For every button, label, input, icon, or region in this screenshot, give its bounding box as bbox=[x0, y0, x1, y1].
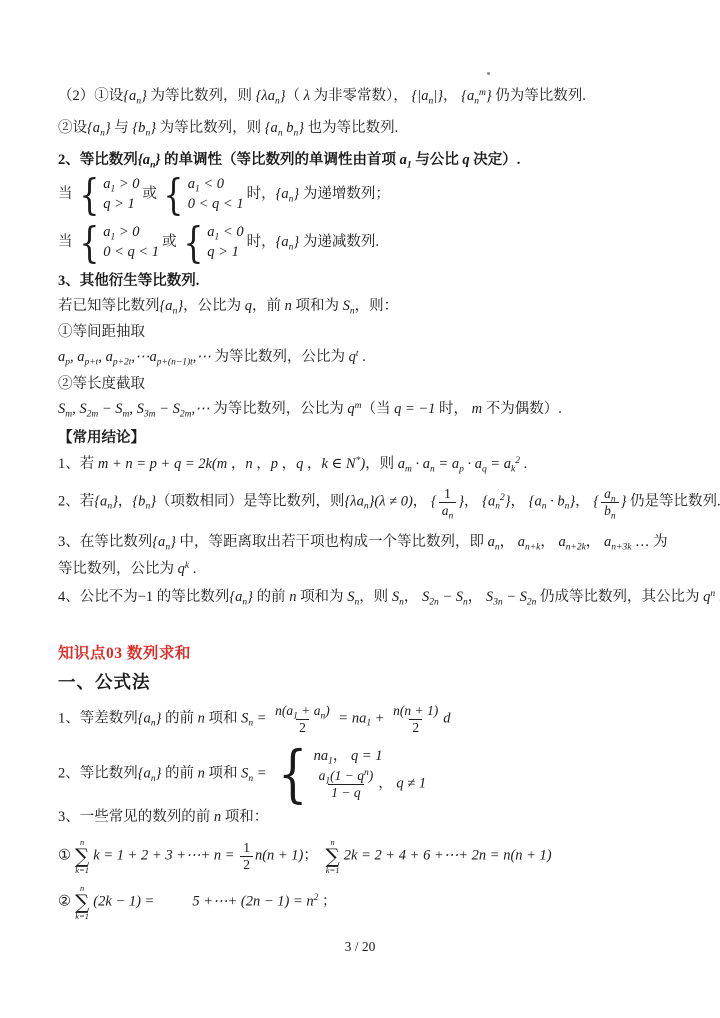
math-run: {a bbox=[160, 298, 173, 314]
math-run: , S bbox=[72, 401, 87, 417]
text-run: ， bbox=[500, 534, 518, 550]
left-brace-icon: { bbox=[79, 178, 99, 212]
math-run: ,⋯ bbox=[191, 401, 209, 417]
denominator: 2 bbox=[240, 856, 253, 873]
math-run: k ∈ N bbox=[321, 456, 355, 472]
math-run: n(a bbox=[275, 703, 293, 718]
cases-rows: a1 > 00 < q < 1 bbox=[103, 224, 159, 262]
math-run: a bbox=[518, 534, 525, 550]
math-run: {a bbox=[276, 186, 289, 202]
formula-equal-length: Sm, S2m − Sm, S3m − S2m,⋯ 为等比数列，公比为 qm（当… bbox=[58, 400, 706, 420]
subscript: n bbox=[495, 502, 500, 512]
cases-rows: a1 < 00 < q < 1 bbox=[188, 176, 244, 214]
text-run: 1 bbox=[444, 486, 451, 501]
text-run: 为递增数列； bbox=[299, 186, 390, 202]
math-run: + bbox=[371, 710, 388, 726]
text-run: 2 bbox=[299, 720, 306, 735]
math-run: {a bbox=[138, 152, 150, 168]
subscript: 2n bbox=[429, 597, 439, 607]
math-run: 0 < q < 1 bbox=[188, 196, 244, 212]
text-run: ，公比为 bbox=[183, 298, 245, 314]
text-run: 等比数列，公比为 bbox=[58, 561, 178, 577]
heading-derived-sequences: 3、其他衍生等比数列. bbox=[58, 272, 706, 292]
para-2-property-1: （2）①设{an} 为等比数列，则 {λan}（ λ 为非零常数）， {|an|… bbox=[58, 87, 706, 107]
text-run: 或 bbox=[162, 234, 177, 250]
math-run: < 0 bbox=[200, 176, 224, 192]
subscript: n+2k bbox=[566, 542, 586, 552]
cases-block: {a1 < 00 < q < 1 bbox=[160, 176, 244, 214]
label-equal-length: ②等长度截取 bbox=[58, 375, 706, 395]
text-run: 2、等比数列 bbox=[58, 766, 138, 782]
text-run: ① bbox=[58, 847, 71, 863]
text-run: ①等间距抽取 bbox=[58, 324, 145, 340]
summation: n∑k=1 bbox=[75, 838, 89, 874]
subscript: 2m bbox=[180, 409, 192, 419]
text-run: 仍是等比数列. bbox=[626, 493, 720, 509]
math-run: = a bbox=[487, 456, 511, 472]
text-run: ， bbox=[303, 456, 321, 472]
math-run: {a bbox=[276, 234, 289, 250]
document-page: 3 / 20 （2）①设{an} 为等比数列，则 {λan}（ λ 为非零常数）… bbox=[0, 0, 720, 1018]
text-run: ； bbox=[318, 893, 336, 909]
math-run: q bbox=[349, 349, 356, 365]
text-run: 2 bbox=[243, 857, 250, 872]
subscript: n bbox=[448, 511, 453, 521]
text-run: ， bbox=[378, 776, 396, 792]
text-run: ， bbox=[586, 534, 604, 550]
text-run: . bbox=[359, 349, 366, 365]
text-run: 时， bbox=[435, 401, 471, 417]
conclusion-3-line2: 等比数列，公比为 qk . bbox=[58, 560, 706, 580]
math-run: · a bbox=[464, 456, 482, 472]
text-run: 与公比 bbox=[412, 152, 463, 168]
print-speck-artifact bbox=[487, 72, 490, 75]
subscript: 3m bbox=[144, 409, 156, 419]
math-run: ,⋯ bbox=[193, 349, 211, 365]
math-run: a bbox=[207, 224, 214, 240]
math-run: {b bbox=[132, 493, 145, 509]
numerator: a1(1 − qn) bbox=[316, 768, 377, 784]
numerator: n(n + 1) bbox=[390, 703, 441, 719]
math-run: 5 +⋯+ (2n − 1) = n bbox=[192, 893, 313, 909]
math-run: a bbox=[400, 152, 407, 168]
math-run: {a bbox=[265, 120, 278, 136]
formula-arithmetic-sum: 1、等差数列{an} 的前 n 项和 Sn = n(a1 + an)2 = na… bbox=[58, 703, 706, 735]
text-run: ， bbox=[333, 748, 351, 764]
math-run: a bbox=[604, 486, 611, 501]
math-run: n bbox=[198, 710, 205, 726]
text-run: ， bbox=[511, 493, 529, 509]
text-run: （项数相同）是等比数列，则 bbox=[156, 493, 345, 509]
text-run: ， bbox=[253, 456, 271, 472]
conclusion-1: 1、若 m + n = p + q = 2k(m ，n ，p ，q ，k ∈ N… bbox=[58, 455, 706, 475]
fraction: 1an bbox=[439, 486, 457, 518]
math-run: q > 1 bbox=[103, 196, 135, 212]
math-run: {a bbox=[87, 120, 100, 136]
text-run: 3、在等比数列 bbox=[58, 534, 152, 550]
math-run: = a bbox=[435, 456, 459, 472]
math-run: < 0 bbox=[219, 224, 243, 240]
conclusion-2: 2、若{an}，{bn}（项数相同）是等比数列，则{λan}(λ ≠ 0)， {… bbox=[58, 486, 706, 518]
math-run: {λa bbox=[345, 493, 364, 509]
subscript: n bbox=[611, 511, 616, 521]
math-run: m + n = p + q = 2k(m bbox=[98, 456, 227, 472]
subscript: n+k bbox=[525, 542, 540, 552]
fraction: 12 bbox=[240, 840, 253, 872]
math-run: b bbox=[283, 120, 294, 136]
text-run: ， bbox=[118, 493, 133, 509]
fraction: n(a1 + an)2 bbox=[272, 703, 333, 735]
cases-rows: na1， q = 1a1(1 − qn)1 − q， q ≠ 1 bbox=[314, 748, 426, 800]
case-increasing: 当{a1 > 0q > 1或{a1 < 00 < q < 1时，{an} 为递增… bbox=[58, 176, 706, 214]
text-run: 与 bbox=[111, 120, 133, 136]
math-run: {a bbox=[529, 493, 542, 509]
math-run: a bbox=[188, 176, 195, 192]
subscript: p+t bbox=[85, 357, 99, 367]
denominator: 1 − q bbox=[328, 784, 363, 801]
subscript: 2n bbox=[527, 597, 537, 607]
text-run: 3、其他衍生等比数列. bbox=[58, 273, 199, 289]
text-run: ， bbox=[464, 493, 482, 509]
cases-row: q > 1 bbox=[207, 244, 243, 261]
subscript: n+3k bbox=[611, 542, 631, 552]
math-run: · b bbox=[546, 493, 564, 509]
sum-lower-limit: k=1 bbox=[326, 866, 340, 875]
math-run: n bbox=[245, 456, 252, 472]
math-run: { bbox=[593, 493, 599, 509]
math-run: n(n + 1) bbox=[393, 703, 438, 718]
math-run: a bbox=[398, 456, 405, 472]
text-run: ， bbox=[413, 493, 431, 509]
math-run: {a bbox=[138, 710, 151, 726]
numerator: 1 bbox=[441, 486, 454, 502]
math-run: q bbox=[245, 298, 252, 314]
denominator: bn bbox=[601, 502, 619, 519]
text-run: 或 bbox=[143, 186, 158, 202]
math-run: {a bbox=[461, 88, 474, 104]
text-run: 仍成等比数列，其公比为 bbox=[536, 589, 703, 605]
formula-sum-k: ①n∑k=1k = 1 + 2 + 3 +⋯+ n = 12n(n + 1)； … bbox=[58, 838, 706, 874]
summation: n∑k=1 bbox=[75, 884, 89, 920]
math-run: n bbox=[198, 766, 205, 782]
subscript: p+(n−1)t bbox=[157, 357, 193, 367]
text-run: 若已知等比数列 bbox=[58, 298, 160, 314]
math-run: m bbox=[472, 401, 482, 417]
text-run: 知识点03 数列求和 bbox=[58, 645, 191, 662]
cases-row: na1， q = 1 bbox=[314, 748, 426, 765]
para-common-sums: 3、一些常见的数列的前 n 项和： bbox=[58, 808, 706, 828]
math-run: q bbox=[347, 401, 354, 417]
formula-sum-odd: ②n∑k=1(2k − 1) =5 +⋯+ (2n − 1) = n2 ； bbox=[58, 884, 706, 920]
superscript: m bbox=[479, 88, 486, 98]
math-run: > 0 bbox=[115, 176, 139, 192]
sum-lower-limit: k=1 bbox=[75, 866, 89, 875]
math-run: = bbox=[253, 710, 270, 726]
math-run: {λa bbox=[256, 88, 275, 104]
text-run: 的单调性（等比数列的单调性由首项 bbox=[160, 152, 399, 168]
math-run: {b bbox=[132, 120, 145, 136]
math-run: na bbox=[314, 748, 329, 764]
text-run: 项和： bbox=[221, 809, 268, 825]
math-run: = na bbox=[335, 710, 367, 726]
math-run: k = 1 + 2 + 3 +⋯+ n = bbox=[93, 847, 238, 863]
math-run: , a bbox=[70, 349, 85, 365]
text-run: ， bbox=[278, 456, 296, 472]
text-run: 也为等比数列. bbox=[304, 120, 398, 136]
fraction: a1(1 − qn)1 − q bbox=[316, 768, 377, 800]
left-brace-icon: { bbox=[183, 226, 203, 260]
summation: n∑k=1 bbox=[326, 838, 340, 874]
text-run: ② bbox=[58, 893, 71, 909]
cases-block: {na1， q = 1a1(1 − qn)1 − q， q ≠ 1 bbox=[273, 748, 426, 800]
math-run: (2k − 1) = bbox=[93, 893, 154, 909]
text-run: 1、若 bbox=[58, 456, 98, 472]
subscript: m bbox=[405, 464, 412, 474]
text-run: 不为偶数）. bbox=[482, 401, 562, 417]
text-run: （当 bbox=[361, 401, 394, 417]
text-run: 为递减数列. bbox=[299, 234, 379, 250]
text-run: 当 bbox=[58, 186, 73, 202]
sigma-icon: ∑ bbox=[75, 893, 89, 912]
heading-knowledge-point-03: 知识点03 数列求和 bbox=[58, 644, 706, 665]
page-number: 3 / 20 bbox=[0, 939, 720, 955]
text-run: 一、公式法 bbox=[58, 672, 151, 692]
math-run: {a bbox=[138, 766, 151, 782]
subscript: 3n bbox=[493, 597, 503, 607]
math-run: {a bbox=[152, 534, 165, 550]
math-run: n bbox=[285, 298, 292, 314]
fraction: anbn bbox=[601, 486, 619, 518]
math-run: + a bbox=[298, 703, 321, 718]
math-run: ,⋯a bbox=[131, 349, 156, 365]
text-run: 为等比数列，公比为 bbox=[211, 349, 349, 365]
math-run: 2k = 2 + 4 + 6 +⋯+ 2n = n(n + 1) bbox=[344, 847, 552, 863]
math-run: ) bbox=[369, 768, 374, 783]
text-run: 决定）. bbox=[470, 152, 521, 168]
math-run: n(n + 1) bbox=[255, 847, 303, 863]
math-run: 0 < q < 1 bbox=[103, 244, 159, 260]
text-run: 为非零常数）， bbox=[310, 88, 412, 104]
text-run: ； bbox=[303, 847, 321, 863]
math-run: { bbox=[431, 493, 437, 509]
math-run: S bbox=[343, 298, 350, 314]
text-run: 1、等差数列 bbox=[58, 710, 138, 726]
math-run: b bbox=[604, 503, 611, 518]
cases-row: 0 < q < 1 bbox=[103, 244, 159, 261]
text-run: 中，等距离取出若干项也构成一个等比数列，即 bbox=[176, 534, 488, 550]
text-run: 仍为等比数列. bbox=[492, 88, 586, 104]
text-run: 2、若 bbox=[58, 493, 94, 509]
text-run: 2、等比数列 bbox=[58, 152, 138, 168]
cases-row: a1 > 0 bbox=[103, 176, 139, 193]
cases-rows: a1 > 0q > 1 bbox=[103, 176, 139, 214]
cases-row: a1 < 0 bbox=[207, 224, 243, 241]
formula-geometric-sum: 2、等比数列{an} 的前 n 项和 Sn = {na1， q = 1a1(1 … bbox=[58, 748, 706, 800]
text-run: 项和为 bbox=[296, 589, 347, 605]
text-run: ②等长度截取 bbox=[58, 376, 145, 392]
text-run: 为等比数列，公比为 bbox=[210, 401, 348, 417]
math-run: }(λ ≠ 0) bbox=[369, 493, 413, 509]
text-run: ，则： bbox=[355, 298, 399, 314]
math-run: − S bbox=[503, 589, 527, 605]
subscript: 2m bbox=[87, 409, 99, 419]
math-run: p bbox=[271, 456, 278, 472]
numerator: an bbox=[601, 486, 619, 502]
sum-lower-limit: k=1 bbox=[75, 912, 89, 921]
text-run: 1 bbox=[243, 840, 250, 855]
text-run: （ bbox=[286, 88, 304, 104]
text-run: 的前 bbox=[161, 710, 197, 726]
cases-row: 0 < q < 1 bbox=[188, 196, 244, 213]
text-run: ，则 bbox=[359, 589, 392, 605]
cases-row: a1 < 0 bbox=[188, 176, 244, 193]
text-run: 2 bbox=[412, 720, 419, 735]
cases-block: {a1 > 0q > 1 bbox=[76, 176, 140, 214]
text-run: ，前 bbox=[252, 298, 285, 314]
para-2-property-2: ②设{an} 与 {bn} 为等比数列，则 {an bn} 也为等比数列. bbox=[58, 119, 706, 139]
text-run: 的前 bbox=[161, 766, 197, 782]
text-run: . bbox=[715, 589, 720, 605]
denominator: an bbox=[439, 502, 457, 519]
math-run: {a bbox=[94, 493, 107, 509]
subscript: p+2t bbox=[113, 357, 132, 367]
text-run: ， bbox=[575, 493, 593, 509]
math-run: a bbox=[488, 534, 495, 550]
math-run: q bbox=[178, 561, 185, 577]
math-run: (1 − q bbox=[330, 768, 364, 783]
text-run: 项和为 bbox=[292, 298, 343, 314]
formula-equal-interval: ap, ap+t, ap+2t,⋯ap+(n−1)t,⋯ 为等比数列，公比为 q… bbox=[58, 348, 706, 368]
math-run: > 0 bbox=[115, 224, 139, 240]
text-run: 为等比数列，则 bbox=[156, 120, 265, 136]
sigma-icon: ∑ bbox=[326, 847, 340, 866]
math-run: − S bbox=[98, 401, 122, 417]
heading-monotonicity: 2、等比数列{an} 的单调性（等比数列的单调性由首项 a1 与公比 q 决定）… bbox=[58, 151, 706, 171]
text-run: 项和 bbox=[205, 710, 241, 726]
text-run: . bbox=[189, 561, 196, 577]
math-run: , S bbox=[129, 401, 144, 417]
heading-formula-method: 一、公式法 bbox=[58, 671, 706, 695]
left-brace-icon: { bbox=[163, 178, 183, 212]
math-run: , a bbox=[98, 349, 113, 365]
math-run: {a bbox=[123, 88, 136, 104]
heading-common-conclusions: 【常用结论】 bbox=[58, 429, 706, 449]
math-run: {a bbox=[482, 493, 495, 509]
case-decreasing: 当{a1 > 00 < q < 1或{a1 < 0q > 1时，{an} 为递减… bbox=[58, 224, 706, 262]
text-run: （2）①设 bbox=[58, 88, 123, 104]
text-run: 当 bbox=[58, 234, 73, 250]
cases-row: a1(1 − qn)1 − q， q ≠ 1 bbox=[314, 768, 426, 800]
numerator: 1 bbox=[240, 840, 253, 856]
math-run: S bbox=[392, 589, 399, 605]
math-run: {a bbox=[229, 589, 242, 605]
cases-row: q > 1 bbox=[103, 196, 139, 213]
denominator: 2 bbox=[409, 719, 422, 736]
numerator: n(a1 + an) bbox=[272, 703, 333, 719]
text-run: ， bbox=[227, 456, 245, 472]
math-run: = bbox=[253, 766, 270, 782]
math-run: q = 1 bbox=[351, 748, 383, 764]
text-run: 项和 bbox=[205, 766, 241, 782]
text-run: 4、公比不为−1 的等比数列 bbox=[58, 589, 229, 605]
left-brace-icon: { bbox=[79, 226, 99, 260]
math-run: q bbox=[462, 152, 469, 168]
math-run: a bbox=[559, 534, 566, 550]
math-run: |} bbox=[433, 88, 443, 104]
math-run: − S bbox=[439, 589, 463, 605]
cases-block: {a1 > 00 < q < 1 bbox=[76, 224, 160, 262]
left-brace-icon: { bbox=[278, 749, 308, 799]
denominator: 2 bbox=[296, 719, 309, 736]
text-run: 的前 bbox=[253, 589, 289, 605]
math-run: {|a bbox=[411, 88, 428, 104]
sigma-icon: ∑ bbox=[75, 847, 89, 866]
cases-rows: a1 < 0q > 1 bbox=[207, 224, 243, 262]
text-run: 时， bbox=[247, 186, 276, 202]
text-run: 3、一些常见的数列的前 bbox=[58, 809, 214, 825]
text-run: … 为 bbox=[631, 534, 667, 550]
math-run: q > 1 bbox=[207, 244, 239, 260]
text-run: 时， bbox=[247, 234, 276, 250]
text-run: ， bbox=[540, 534, 558, 550]
label-equal-interval: ①等间距抽取 bbox=[58, 323, 706, 343]
text-run: ， bbox=[468, 589, 486, 605]
math-run: q ≠ 1 bbox=[396, 776, 426, 792]
text-run: ， bbox=[443, 88, 461, 104]
text-run: ， bbox=[404, 589, 422, 605]
math-run: 1 − q bbox=[331, 785, 360, 800]
text-run: 【常用结论】 bbox=[58, 430, 145, 446]
text-run: . bbox=[520, 456, 527, 472]
math-run: · a bbox=[412, 456, 430, 472]
text-run: 为等比数列，则 bbox=[147, 88, 256, 104]
math-run: = −1 bbox=[401, 401, 435, 417]
fraction: n(n + 1)2 bbox=[390, 703, 441, 735]
cases-block: {a1 < 0q > 1 bbox=[180, 224, 244, 262]
conclusion-4: 4、公比不为−1 的等比数列{an} 的前 n 项和为 Sn，则 Sn， S2n… bbox=[58, 588, 706, 608]
text-run: ②设 bbox=[58, 120, 87, 136]
para-derived-intro: 若已知等比数列{an}，公比为 q，前 n 项和为 Sn，则： bbox=[58, 297, 706, 317]
math-run: − S bbox=[156, 401, 180, 417]
conclusion-3-line1: 3、在等比数列{an} 中，等距离取出若干项也构成一个等比数列，即 an， an… bbox=[58, 533, 706, 553]
text-run: ，则 bbox=[365, 456, 398, 472]
math-run: d bbox=[443, 710, 450, 726]
math-run: ) bbox=[325, 703, 330, 718]
cases-row: a1 > 0 bbox=[103, 224, 159, 241]
